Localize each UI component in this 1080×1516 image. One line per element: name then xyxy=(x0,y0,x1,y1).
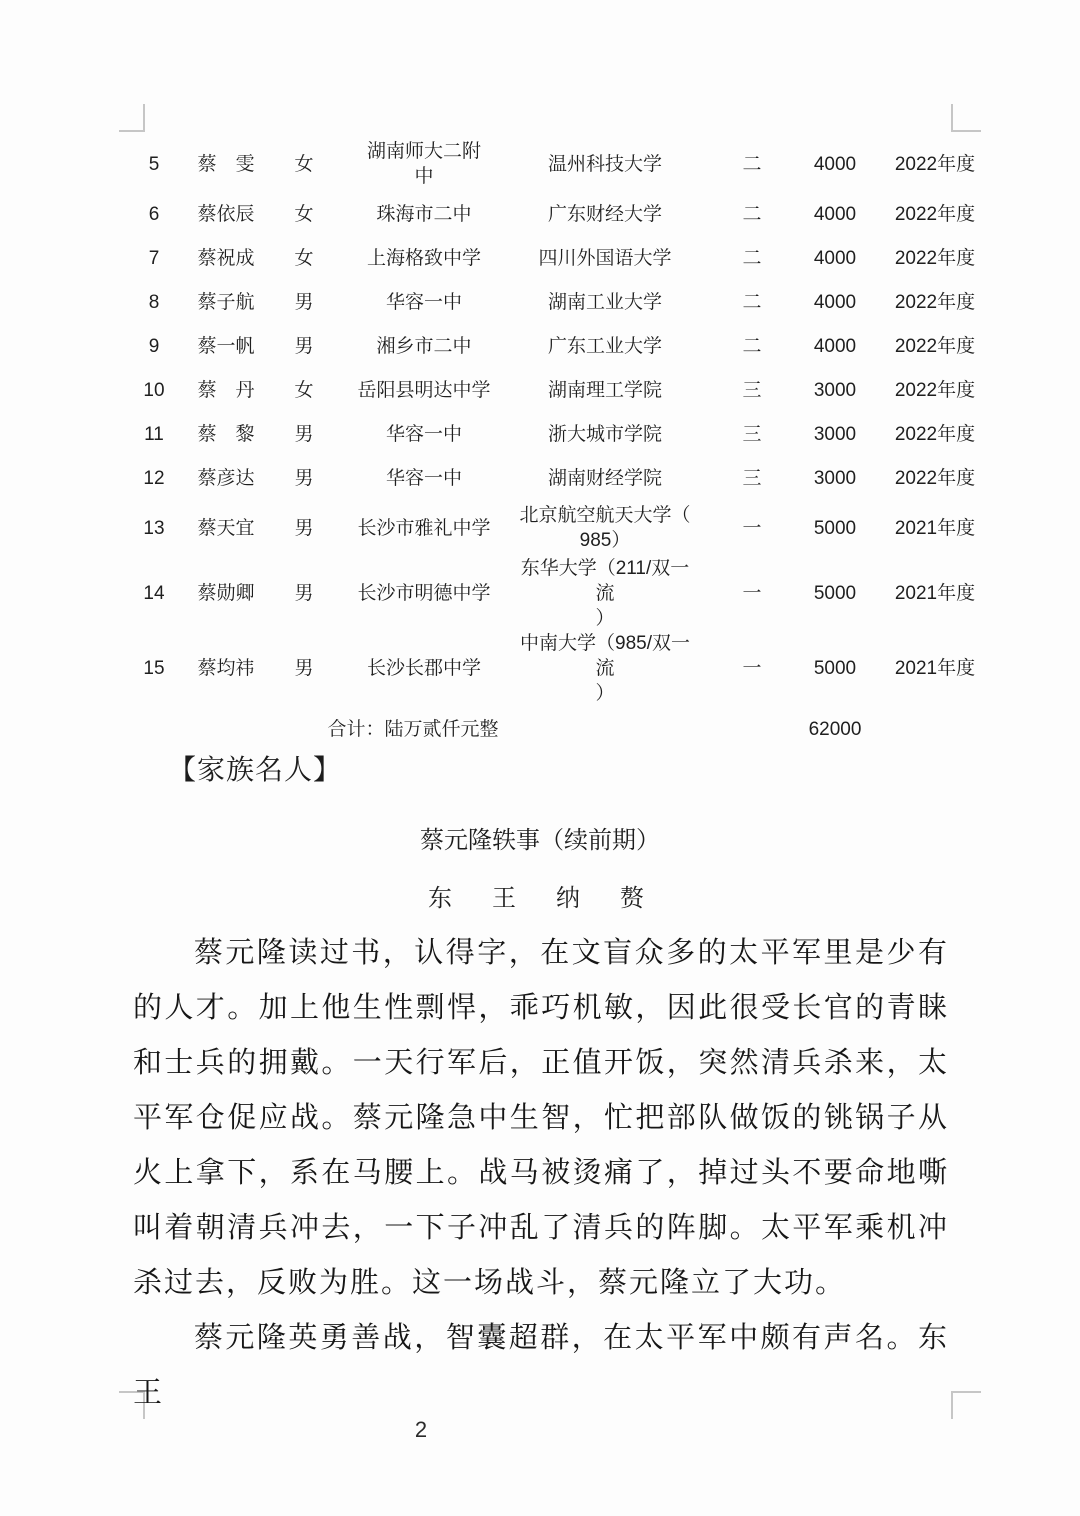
cell-year: 2022年度 xyxy=(864,456,1006,500)
cell-gender: 男 xyxy=(272,631,336,706)
cell-no: 9 xyxy=(128,324,180,368)
cell-amount: 4000 xyxy=(806,280,864,324)
essay-paragraph: 蔡元隆读过书，认得字，在文盲众多的太平军里是少有的人才。加上他生性剽悍，乖巧机敏… xyxy=(133,926,949,1311)
cell-school: 长沙市明德中学 xyxy=(336,556,512,631)
section-header-family-celebrities: 【家族名人】 xyxy=(168,748,342,788)
total-amount: 62000 xyxy=(806,706,864,752)
cell-name: 蔡祝成 xyxy=(180,236,272,280)
crop-mark-top-left-icon xyxy=(119,104,145,132)
cell-name: 蔡一帆 xyxy=(180,324,272,368)
cell-year: 2021年度 xyxy=(864,556,1006,631)
cell-no: 13 xyxy=(128,500,180,556)
cell-name: 蔡依辰 xyxy=(180,192,272,236)
cell-university: 浙大城市学院 xyxy=(512,412,698,456)
cell-amount: 5000 xyxy=(806,556,864,631)
table-row: 9 蔡一帆 男 湘乡市二中 广东工业大学 二 4000 2022年度 xyxy=(128,324,1006,368)
cell-name: 蔡 黎 xyxy=(180,412,272,456)
cell-amount: 5000 xyxy=(806,631,864,706)
cell-school: 湘乡市二中 xyxy=(336,324,512,368)
cell-school: 长沙市雅礼中学 xyxy=(336,500,512,556)
empty-cell xyxy=(864,706,1006,752)
table-row: 7 蔡祝成 女 上海格致中学 四川外国语大学 二 4000 2022年度 xyxy=(128,236,1006,280)
table-row: 8 蔡子航 男 华容一中 湖南工业大学 二 4000 2022年度 xyxy=(128,280,1006,324)
cell-university: 湖南理工学院 xyxy=(512,368,698,412)
cell-name: 蔡勋卿 xyxy=(180,556,272,631)
total-label: 合计：陆万贰仟元整 xyxy=(128,706,698,752)
cell-school: 上海格致中学 xyxy=(336,236,512,280)
cell-no: 15 xyxy=(128,631,180,706)
table-row: 6 蔡依辰 女 珠海市二中 广东财经大学 二 4000 2022年度 xyxy=(128,192,1006,236)
essay-title: 蔡元隆轶事（续前期） xyxy=(133,820,947,855)
document-page: 5 蔡 雯 女 湖南师大二附 中 温州科技大学 二 4000 2022年度 6 … xyxy=(0,0,1080,1516)
essay-body: 蔡元隆读过书，认得字，在文盲众多的太平军里是少有的人才。加上他生性剽悍，乖巧机敏… xyxy=(133,926,949,1421)
table-row: 11 蔡 黎 男 华容一中 浙大城市学院 三 3000 2022年度 xyxy=(128,412,1006,456)
cell-year: 2022年度 xyxy=(864,136,1006,192)
cell-gender: 女 xyxy=(272,192,336,236)
cell-amount: 4000 xyxy=(806,324,864,368)
cell-amount: 3000 xyxy=(806,368,864,412)
cell-name: 蔡天宜 xyxy=(180,500,272,556)
cell-grade: 二 xyxy=(698,192,806,236)
cell-no: 14 xyxy=(128,556,180,631)
cell-gender: 女 xyxy=(272,368,336,412)
cell-school: 华容一中 xyxy=(336,280,512,324)
cell-year: 2022年度 xyxy=(864,236,1006,280)
cell-year: 2021年度 xyxy=(864,500,1006,556)
cell-grade: 二 xyxy=(698,280,806,324)
table-row: 14 蔡勋卿 男 长沙市明德中学 东华大学（211/双一流 ） 一 5000 2… xyxy=(128,556,1006,631)
cell-gender: 男 xyxy=(272,500,336,556)
table-row: 10 蔡 丹 女 岳阳县明达中学 湖南理工学院 三 3000 2022年度 xyxy=(128,368,1006,412)
cell-grade: 三 xyxy=(698,412,806,456)
cell-name: 蔡彦达 xyxy=(180,456,272,500)
cell-amount: 5000 xyxy=(806,500,864,556)
cell-grade: 一 xyxy=(698,500,806,556)
cell-no: 10 xyxy=(128,368,180,412)
cell-no: 12 xyxy=(128,456,180,500)
cell-year: 2022年度 xyxy=(864,324,1006,368)
cell-year: 2022年度 xyxy=(864,280,1006,324)
cell-gender: 女 xyxy=(272,136,336,192)
cell-school: 珠海市二中 xyxy=(336,192,512,236)
page-number: 2 xyxy=(371,1417,471,1443)
cell-school: 长沙长郡中学 xyxy=(336,631,512,706)
cell-amount: 4000 xyxy=(806,136,864,192)
cell-school: 华容一中 xyxy=(336,412,512,456)
crop-mark-top-right-icon xyxy=(951,104,981,132)
table-row: 12 蔡彦达 男 华容一中 湖南财经学院 三 3000 2022年度 xyxy=(128,456,1006,500)
cell-amount: 4000 xyxy=(806,236,864,280)
essay-byline: 东 王 纳 赘 xyxy=(133,878,947,913)
cell-year: 2021年度 xyxy=(864,631,1006,706)
cell-gender: 女 xyxy=(272,236,336,280)
cell-year: 2022年度 xyxy=(864,368,1006,412)
cell-gender: 男 xyxy=(272,280,336,324)
cell-amount: 3000 xyxy=(806,456,864,500)
cell-name: 蔡均祎 xyxy=(180,631,272,706)
cell-university: 中南大学（985/双一流 ） xyxy=(512,631,698,706)
cell-university: 四川外国语大学 xyxy=(512,236,698,280)
cell-no: 8 xyxy=(128,280,180,324)
cell-grade: 三 xyxy=(698,456,806,500)
cell-university: 湖南工业大学 xyxy=(512,280,698,324)
cell-grade: 二 xyxy=(698,236,806,280)
cell-gender: 男 xyxy=(272,456,336,500)
cell-no: 6 xyxy=(128,192,180,236)
crop-mark-bottom-right-icon xyxy=(951,1391,981,1419)
table-row: 5 蔡 雯 女 湖南师大二附 中 温州科技大学 二 4000 2022年度 xyxy=(128,136,1006,192)
cell-university: 湖南财经学院 xyxy=(512,456,698,500)
cell-university: 温州科技大学 xyxy=(512,136,698,192)
cell-no: 7 xyxy=(128,236,180,280)
cell-grade: 二 xyxy=(698,136,806,192)
cell-name: 蔡 雯 xyxy=(180,136,272,192)
cell-name: 蔡 丹 xyxy=(180,368,272,412)
table-total-row: 合计：陆万贰仟元整 62000 xyxy=(128,706,1006,752)
empty-cell xyxy=(698,706,806,752)
cell-grade: 一 xyxy=(698,631,806,706)
cell-gender: 男 xyxy=(272,556,336,631)
cell-school: 湖南师大二附 中 xyxy=(336,136,512,192)
cell-year: 2022年度 xyxy=(864,412,1006,456)
cell-amount: 4000 xyxy=(806,192,864,236)
cell-grade: 二 xyxy=(698,324,806,368)
cell-gender: 男 xyxy=(272,324,336,368)
cell-grade: 三 xyxy=(698,368,806,412)
cell-university: 广东财经大学 xyxy=(512,192,698,236)
cell-no: 5 xyxy=(128,136,180,192)
table-row: 15 蔡均祎 男 长沙长郡中学 中南大学（985/双一流 ） 一 5000 20… xyxy=(128,631,1006,706)
cell-amount: 3000 xyxy=(806,412,864,456)
scholarship-table: 5 蔡 雯 女 湖南师大二附 中 温州科技大学 二 4000 2022年度 6 … xyxy=(128,136,1006,752)
table-row: 13 蔡天宜 男 长沙市雅礼中学 北京航空航天大学（ 985） 一 5000 2… xyxy=(128,500,1006,556)
cell-school: 岳阳县明达中学 xyxy=(336,368,512,412)
cell-name: 蔡子航 xyxy=(180,280,272,324)
cell-grade: 一 xyxy=(698,556,806,631)
cell-no: 11 xyxy=(128,412,180,456)
cell-university: 东华大学（211/双一流 ） xyxy=(512,556,698,631)
cell-gender: 男 xyxy=(272,412,336,456)
cell-university: 北京航空航天大学（ 985） xyxy=(512,500,698,556)
cell-school: 华容一中 xyxy=(336,456,512,500)
essay-paragraph: 蔡元隆英勇善战，智囊超群，在太平军中颇有声名。东王 xyxy=(133,1311,949,1421)
cell-university: 广东工业大学 xyxy=(512,324,698,368)
cell-year: 2022年度 xyxy=(864,192,1006,236)
